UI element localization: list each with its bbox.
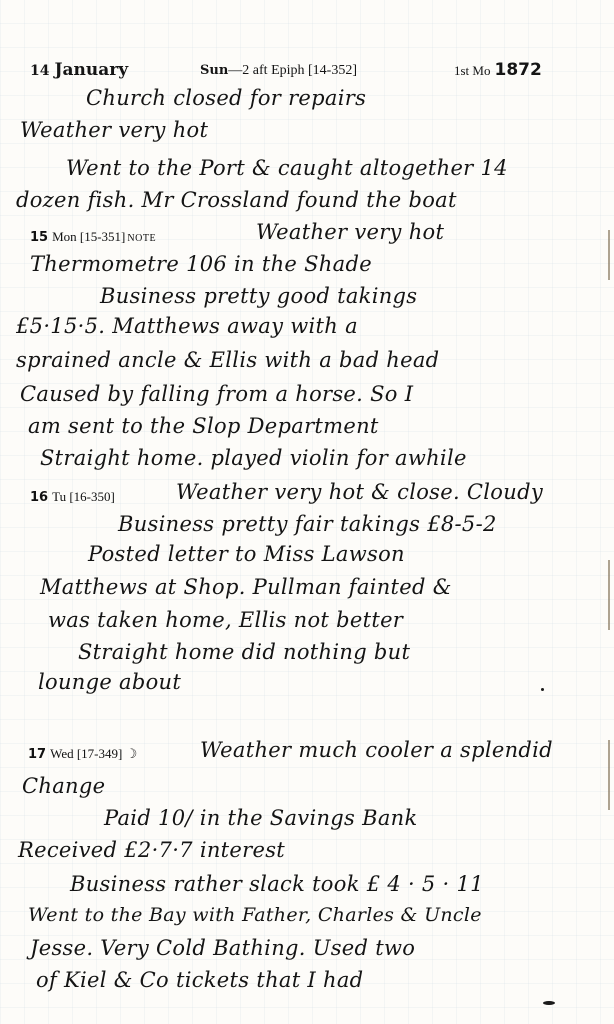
header-month-ordinal: 1st Mo [454,63,490,78]
header-weekday: Sun [200,63,228,78]
handwritten-line: am sent to the Slop Department [28,414,379,438]
day-weekday: Tu [16-350] [52,489,115,504]
day-number: 15 [30,230,48,245]
page-edge-mark [608,230,610,280]
handwritten-line: Caused by falling from a horse. So I [20,382,413,406]
header-liturgical-note: —2 aft Epiph [14-352] [228,63,357,78]
handwritten-line: Weather very hot [20,118,208,142]
handwritten-line: Straight home did nothing but [78,640,410,664]
handwritten-line: Weather very hot [256,220,444,244]
handwritten-line: Went to the Bay with Father, Charles & U… [28,904,482,926]
handwritten-line: Business pretty fair takings £8-5-2 [118,512,497,536]
handwritten-line: Business pretty good takings [100,284,417,308]
day-weekday: Wed [17-349] ☽ [50,746,137,761]
day-label-17: 17Wed [17-349] ☽ [28,746,137,762]
day-number: 16 [30,490,48,505]
handwritten-line: Went to the Port & caught altogether 14 [66,156,508,180]
handwritten-line: Straight home. played violin for awhile [40,446,467,470]
handwritten-line: Business rather slack took £ 4 · 5 · 11 [70,872,484,896]
header-day-number: 14 [30,63,49,79]
ink-blot [543,1001,555,1005]
header-liturgical: Sun—2 aft Epiph [14-352] [200,63,357,79]
handwritten-line: Weather very hot & close. Cloudy [176,480,543,504]
handwritten-line: Jesse. Very Cold Bathing. Used two [30,936,415,960]
day-note-label: NOTE [127,233,156,244]
header-year: 1872 [494,60,541,80]
handwritten-line: lounge about [38,670,181,694]
handwritten-line: Received £2·7·7 interest [18,838,285,862]
handwritten-line: dozen fish. Mr Crossland found the boat [16,188,457,212]
day-label-16: 16Tu [16-350] [30,489,115,505]
handwritten-line: Posted letter to Miss Lawson [88,542,405,566]
diary-page: 14January Sun—2 aft Epiph [14-352] 1st M… [0,0,614,1024]
page-edge-mark [608,560,610,630]
header-year-block: 1st Mo1872 [454,60,542,80]
handwritten-line: sprained ancle & Ellis with a bad head [16,348,439,372]
handwritten-line: Change [22,774,105,798]
handwritten-line: £5·15·5. Matthews away with a [16,314,358,338]
day-label-15: 15Mon [15-351]NOTE [30,229,156,245]
header-month: January [54,60,128,80]
handwritten-line: Thermometre 106 in the Shade [30,252,372,276]
handwritten-line: was taken home, Ellis not better [48,608,403,632]
day-number: 17 [28,747,46,762]
handwritten-line: Paid 10/ in the Savings Bank [104,806,418,830]
handwritten-line: Weather much cooler a splendid [200,738,553,762]
header-date: 14January [30,60,128,80]
ink-blot [541,688,544,691]
page-edge-mark [608,740,610,810]
handwritten-line: Church closed for repairs [86,86,366,110]
handwritten-line: Matthews at Shop. Pullman fainted & [40,575,452,599]
diary-header: 14January Sun—2 aft Epiph [14-352] 1st M… [30,60,570,86]
day-weekday: Mon [15-351] [52,229,125,244]
handwritten-line: of Kiel & Co tickets that I had [36,968,363,992]
